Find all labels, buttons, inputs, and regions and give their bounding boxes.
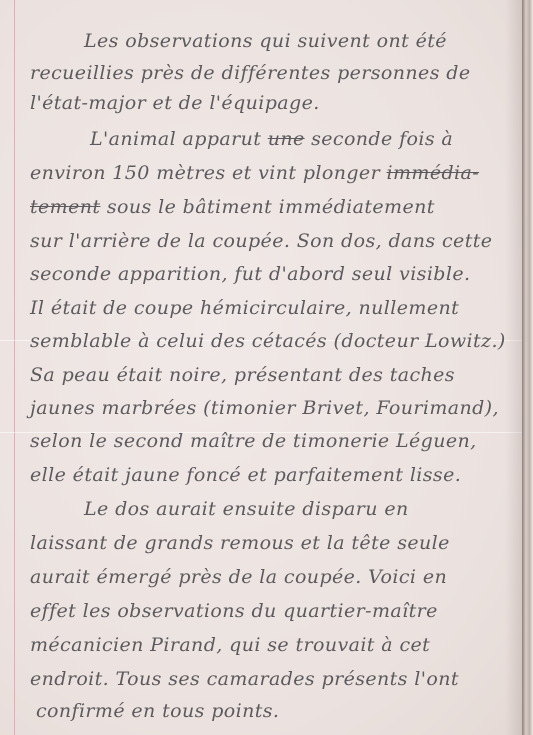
handwritten-line: semblable à celui des cétacés (docteur L… (30, 330, 506, 352)
handwritten-line: l'état-major et de l'équipage. (30, 92, 320, 114)
manuscript-page: Les observations qui suivent ont été rec… (0, 0, 522, 735)
handwritten-line: seconde apparition, fut d'abord seul vis… (30, 263, 470, 285)
binding-shadow (505, 0, 522, 735)
handwritten-line: sur l'arrière de la coupée. Son dos, dan… (30, 230, 492, 252)
handwritten-line: Les observations qui suivent ont été (84, 30, 447, 52)
handwritten-line: elle était jaune foncé et parfaitement l… (30, 464, 461, 486)
handwritten-line: environ 150 mètres et vint plonger imméd… (30, 162, 479, 184)
line-text: sous le bâtiment immédiatement (107, 196, 435, 218)
handwritten-line: mécanicien Pirand, qui se trouvait à cet (30, 634, 430, 656)
handwritten-line: selon le second maître de timonerie Légu… (30, 430, 477, 452)
handwritten-line: Le dos aurait ensuite disparu en (84, 498, 409, 520)
handwritten-line: effet les observations du quartier-maîtr… (30, 600, 438, 622)
handwritten-line: recueillies près de différentes personne… (30, 62, 471, 84)
line-text: environ 150 mètres et vint plonger (30, 162, 380, 184)
line-text: L'animal apparut (90, 128, 261, 150)
handwritten-line: confirmé en tous points. (36, 700, 279, 722)
handwritten-line: Il était de coupe hémicirculaire, nullem… (30, 297, 459, 319)
handwritten-line: laissant de grands remous et la tête seu… (30, 532, 450, 554)
struck-word: une (268, 128, 305, 150)
handwritten-line: endroit. Tous ses camarades présents l'o… (30, 668, 459, 690)
handwritten-line: L'animal apparut une seconde fois à (90, 128, 453, 150)
struck-word: tement (30, 196, 100, 218)
struck-word: immédia- (387, 162, 480, 184)
handwritten-line: Sa peau était noire, présentant des tach… (30, 364, 455, 386)
handwritten-line: aurait émergé près de la coupée. Voici e… (30, 566, 447, 588)
handwritten-line: tement sous le bâtiment immédiatement (30, 196, 435, 218)
margin-rule (14, 0, 15, 735)
page-binding-edge (522, 0, 533, 735)
line-text: seconde fois à (311, 128, 453, 150)
handwritten-line: jaunes marbrées (timonier Brivet, Fourim… (30, 397, 499, 419)
